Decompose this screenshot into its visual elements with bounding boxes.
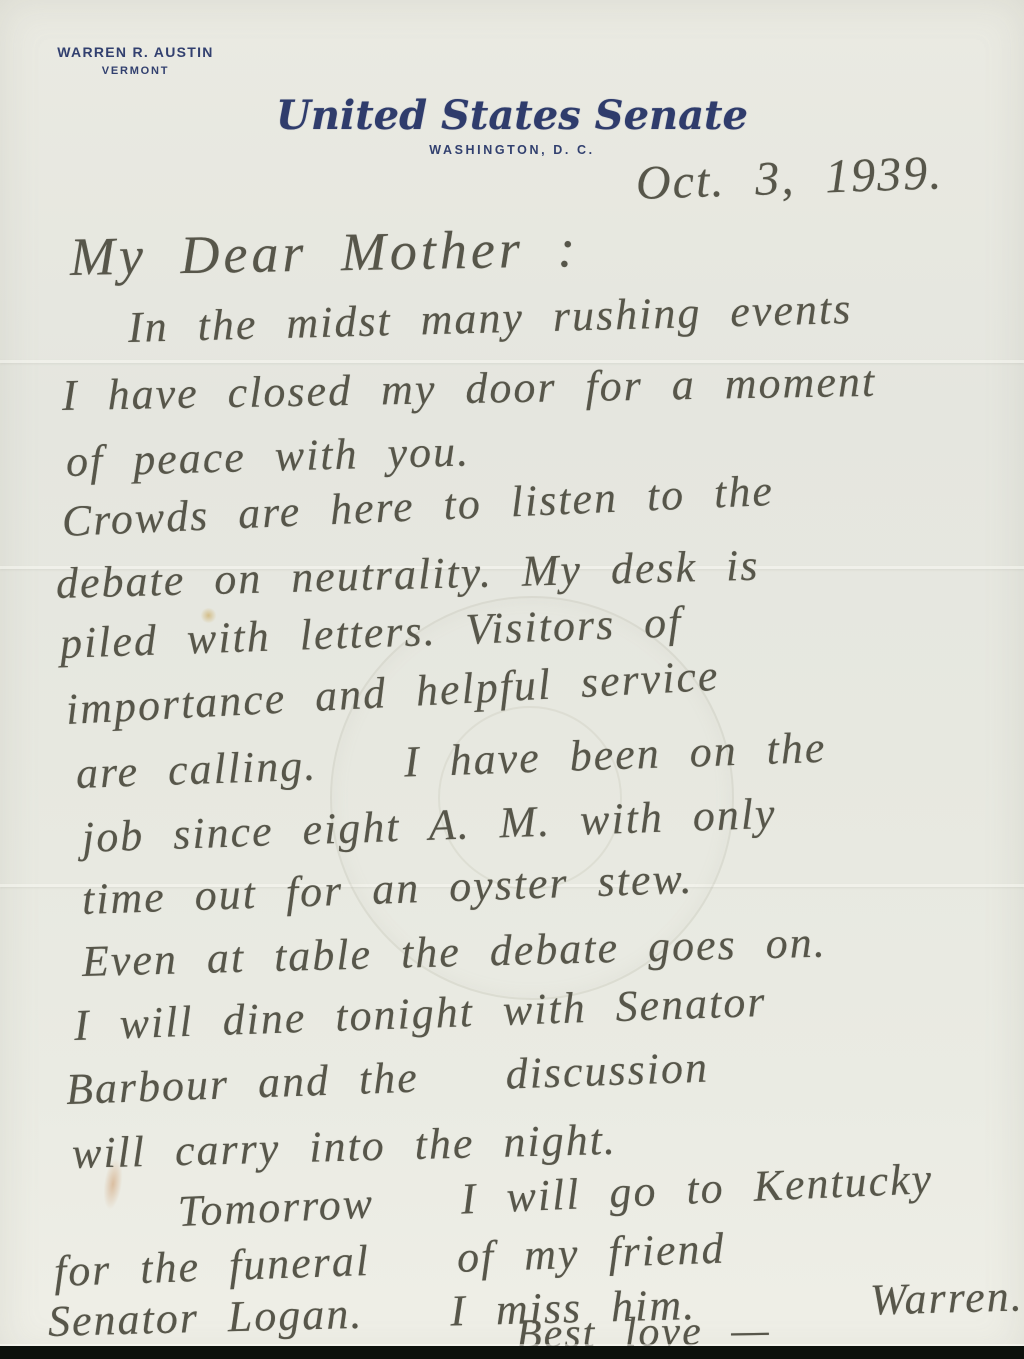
handwritten-line: time out for an oyster stew. <box>81 855 694 925</box>
letter-page: WARREN R. AUSTIN VERMONT United States S… <box>0 0 1024 1359</box>
handwritten-date: Oct. 3, 1939. <box>635 147 944 210</box>
handwritten-line: Even at table the debate goes on. <box>81 919 827 987</box>
handwritten-line: of peace with you. <box>65 427 470 486</box>
sender-state: VERMONT <box>48 65 223 77</box>
scan-edge-bar <box>0 1346 1024 1359</box>
sender-block: WARREN R. AUSTIN VERMONT <box>48 44 223 77</box>
handwritten-line: will carry into the night. <box>71 1116 617 1179</box>
handwritten-line: I will dine tonight with Senator <box>73 978 767 1051</box>
handwritten-line: In the midst many rushing events <box>127 285 852 352</box>
handwritten-line: Barbour and the discussion <box>65 1044 710 1115</box>
salutation-line: My Dear Mother : <box>69 219 579 287</box>
handwritten-line: are calling. I have been on the <box>75 724 827 799</box>
handwritten-line: I have closed my door for a moment <box>62 358 877 421</box>
handwritten-line: job since eight A. M. with only <box>81 790 777 863</box>
sender-name: WARREN R. AUSTIN <box>48 44 223 60</box>
senate-masthead: United States Senate <box>0 92 1024 139</box>
